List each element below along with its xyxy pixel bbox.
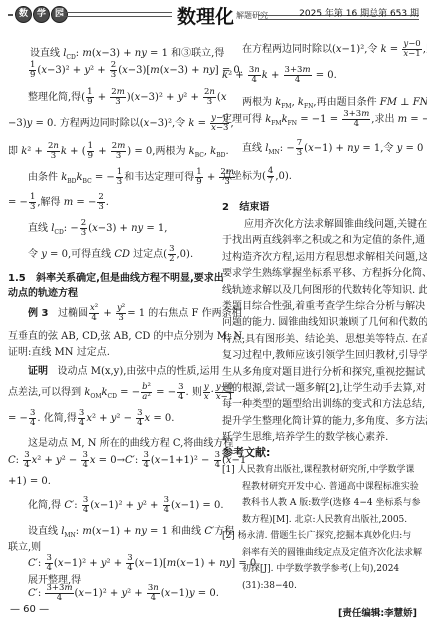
example-3-line1: 例 3 过椭圆x²4 + y²3= 1 的右焦点 F 作两条相 [28, 304, 242, 323]
proof-line3: = −34. 化简,得34x² + y² − 34x = 0. [8, 409, 174, 428]
reference-text: 杨永清. 借题生长广探究,挖掘本真妙化归:与 [238, 531, 412, 541]
proof-line12: C′: 3+3m4(x−1)² + y² + 3n4(x−1)y = 0. [28, 584, 219, 603]
text-line: 定理可得 kFMkFN = −1 = 3+3m4,求出 m = −73. [222, 110, 427, 129]
reference-text: 程教材研究开发中心. 普通高中课程标准实验 [222, 479, 420, 496]
reference-text: 初探[J]. 中学数学教学参考(上旬),2024 [222, 561, 422, 578]
conclusion-paragraph: 应用齐次化方法求解圆锥曲线问题,关键在 于找出两直线斜率之积或之和为定值的条件,… [222, 217, 419, 447]
text-line: 设直线 lCD: m(x−3) + ny = 1 和③联立,得 [30, 44, 224, 61]
text-line: 点坐标为(47,0). [222, 167, 292, 186]
text-line: 两根为 kFM, kFN,再由题目条件 FM ⊥ FN 和韦达 [242, 93, 427, 110]
reference-1: [1] 人民教育出版社,课程教材研究所,中学数学课 程教材研究开发中心. 普通高… [222, 462, 420, 528]
section-2-heading: 2 结束语 [222, 198, 269, 213]
text-line: 复习过程中,教师应该引领学生回归教材,引导学 [222, 348, 419, 364]
reference-2: [2] 杨永清. 借题生长广探究,挖掘本真妙化归:与 斜率有关的圆锥曲线定点及定… [222, 528, 422, 594]
proof-line5: C: 34x² + y² − 34x = 0→C′: 34(x−1+1)² − … [8, 451, 246, 470]
proof-line1: 证明 设动点 M(x,y),由弦中点的性质,运用 [28, 362, 220, 377]
reference-label: [2] [222, 531, 235, 541]
journal-title: 数理化 [177, 2, 234, 29]
text-line: 于找出两直线斜率之积或之和为定值的条件,通 [222, 233, 419, 249]
text-line: 由条件 kBDkBC = −13和韦达定理可得19 + 2m3 [28, 168, 236, 187]
text-line: 过构造齐次方程,运用方程思想求解相关问题,这 [222, 250, 419, 266]
text-line: 要求学生熟练掌握坐标系平移、方程拆分化简、曲 [222, 266, 419, 282]
text-line: 类题目综合性强,着重考查学生综合分析与解决 [222, 299, 419, 315]
text-line: 问题的能力. 圆锥曲线知识兼顾了几何和代数的 [222, 315, 419, 331]
reference-text: 人民教育出版社,课程教材研究所,中学数学课 [238, 465, 415, 475]
reference-text: 数方程)[M]. 北京:人民教育出版社,2005. [222, 512, 420, 529]
text-line: −3)y = 0. 方程两边同时除以(x−3)²,令 k = y−0x−3, [8, 114, 234, 133]
header-rule-left [60, 12, 172, 17]
text-line: 整理化简,得(19 + 2m3)(x−3)² + y² + 2n3(x [28, 88, 226, 107]
logo-dash [8, 14, 13, 16]
text-line: 直线 lMN: −73(x−1) + ny = 1,令 y = 0 可得定 [242, 139, 427, 158]
section-1-5-heading-line2: 动点的轨迹方程 [8, 284, 78, 299]
reference-text: 斜率有关的圆锥曲线定点及定值齐次化法求解 [222, 545, 422, 562]
equation: 19(x−3)² + y² + 23(x−3)[m(x−3) + ny] = 0… [28, 61, 243, 80]
reference-text: (31):38−40. [222, 578, 422, 595]
issue-number: 2025 年第 16 期总第 653 期 [299, 6, 419, 19]
logo-char-2: 学 [33, 6, 50, 23]
example-3-line3: 证明:直线 MN 过定点. [8, 343, 110, 358]
text-line: 生从多角度对题目进行分析和探究,重视挖掘试 [222, 365, 419, 381]
page-header: 数 学 园 数理化 解题研究 2025 年第 16 期总第 653 期 [0, 0, 427, 32]
text-line: 在方程两边同时除以(x−1)²,令 k = y−0x−1,则 [242, 40, 427, 59]
editor-note: [责任编辑:李慧娇] [338, 605, 417, 619]
proof-line8: 设直线 lMN: m(x−1) + ny = 1 和曲线 C′方程 [28, 522, 234, 539]
text-line: 令 y = 0,可得直线 CD 过定点(32,0). [28, 245, 193, 264]
proof-line4: 这是动点 M, N 所在的曲线方程 C,将曲线方程 [28, 434, 233, 449]
proof-line7: 化简,得 C′: 34(x−1)² + y² + 34(x−1) = 0. [28, 496, 224, 515]
reference-text: 教科书人教 A 版:数学(选修 4−4 坐标系与参 [222, 495, 420, 512]
text-line: = −13,解得 m = −23. [8, 193, 109, 212]
text-line: 提升学生整理化简计算的能力,多角度、多方法活 [222, 414, 419, 430]
text-line: 直线 lCD: −23(x−3) + ny = 1, [28, 219, 167, 238]
text-line: 应用齐次化方法求解圆锥曲线问题,关键在 [222, 217, 419, 233]
logo-char-1: 数 [15, 6, 32, 23]
text-line: k² + 3n4k + 3+3m4 = 0. [222, 66, 337, 85]
page-number: — 60 — [10, 604, 49, 615]
section-1-5-heading: 1.5 斜率关系确定,但是曲线方程不明显,要求出 [8, 269, 224, 284]
text-line: 即 k² + 2n3k + (19 + 2m3) = 0,两根为 kBC, kB… [8, 142, 229, 161]
proof-line9: 联立,则 [8, 538, 41, 553]
text-line: 特点,具有图形美、结论美、思想美等特点. 在高三 [222, 332, 419, 348]
text-line: 每一种类型的题型给出训练的变式和方法总结, [222, 397, 419, 413]
references-heading: 参考文献: [222, 444, 270, 460]
text-line: 线轨迹求解以及几何图形的代数转化等知识. 此 [222, 283, 419, 299]
example-3-line2: 互垂直的弦 AB, CD,弦 AB, CD 的中点分别为 M, N. [8, 327, 245, 342]
proof-line6: +1) = 0. [8, 476, 51, 487]
reference-label: [1] [222, 465, 235, 475]
proof-line2: 点差法,可以得到 kOMkCD = −b²a² = −34. 则yx·y−0x−… [8, 383, 235, 402]
text-line: 题的根源,尝试一题多解[2],让学生动手去算,对 [222, 381, 419, 397]
